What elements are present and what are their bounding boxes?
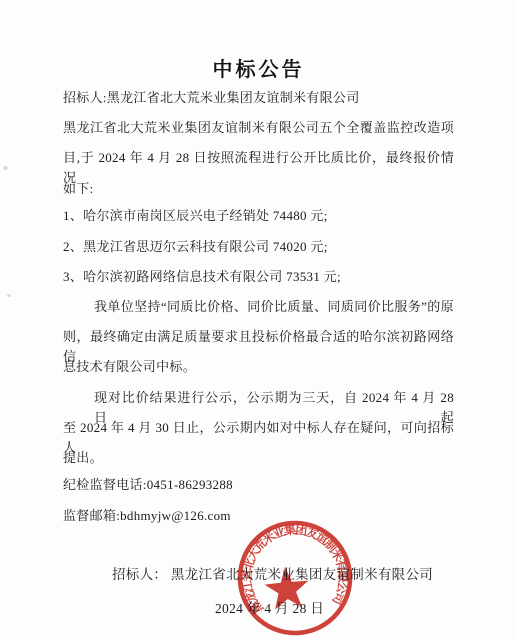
announcement-page: 中标公告 招标人:黑龙江省北大荒米业集团友谊制米有限公司 黑龙江省北大荒米业集团… [0,0,516,639]
paragraph1-line3: 如下: [63,179,454,199]
quote-item-2: 2、黑龙江省思迈尔云科技有限公司 74020 元; [63,237,454,257]
supervision-phone: 纪检监督电话:0451-86293288 [63,475,454,495]
tenderer-line: 招标人:黑龙江省北大荒米业集团友谊制米有限公司 [63,88,454,108]
paragraph2-line3: 息技术有限公司中标。 [63,357,454,377]
signature-tenderer: 招标人： 黑龙江省北大荒米业集团友谊制米有限公司 [112,565,433,585]
quote-item-3: 3、哈尔滨初路网络信息技术有限公司 73531 元; [63,267,454,287]
scan-speck [3,166,8,170]
signature-date: 2024 年 4 月 28 日 [215,599,324,619]
paragraph2-line1: 我单位坚持“同质比价格、同价比质量、同质同价比服务”的原 [63,297,454,317]
supervision-email: 监督邮箱:bdhmyjw@126.com [63,506,454,526]
page-title: 中标公告 [63,53,454,82]
paragraph1-line1: 黑龙江省北大荒米业集团友谊制米有限公司五个全覆盖监控改造项 [63,118,454,138]
quote-item-1: 1、哈尔滨市南岗区辰兴电子经销处 74480 元; [63,206,454,226]
scan-speck [7,294,11,297]
paragraph3-line3: 提出。 [63,448,454,468]
